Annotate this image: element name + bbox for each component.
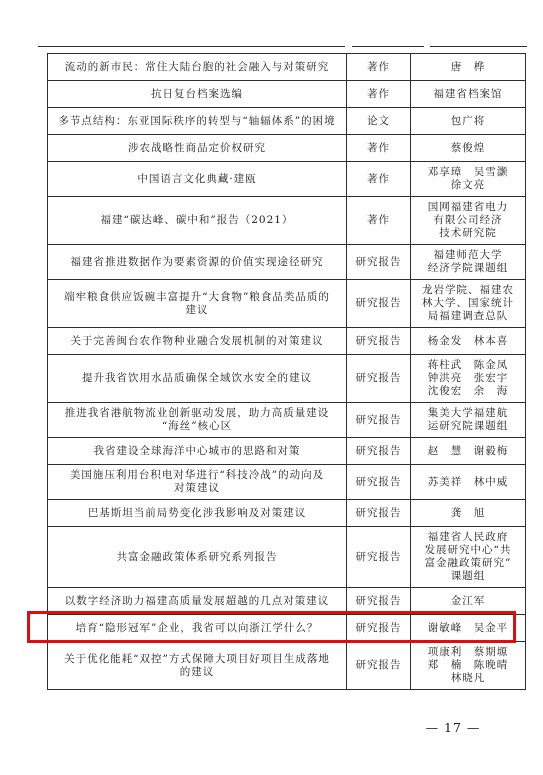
line-segment <box>430 46 527 47</box>
title-cell: 中国语言文化典藏·建瓯 <box>48 162 347 196</box>
authors-cell: 龚 旭 <box>411 500 525 526</box>
type-cell: 研究报告 <box>347 615 411 641</box>
type-cell: 研究报告 <box>347 465 411 499</box>
title-cell: 我省建设全球海洋中心城市的思路和对策 <box>48 438 347 464</box>
title-cell: 流动的新市民：常住大陆台胞的社会融入与对策研究 <box>48 54 347 80</box>
title-cell: 推进我省港航物流业创新驱动发展，助力高质量建设“海丝”核心区 <box>48 403 347 437</box>
table-row: 抗日复台档案选编 著作 福建省档案馆 <box>48 81 525 108</box>
title-cell: 关于优化能耗“双控”方式保障大项目好项目生成落地的建议 <box>48 642 347 689</box>
type-cell: 研究报告 <box>347 438 411 464</box>
type-cell: 著作 <box>347 54 411 80</box>
authors-cell: 集美大学福建航运研究院课题组 <box>411 403 525 437</box>
table-row: 巴基斯坦当前局势变化涉我影响及对策建议 研究报告 龚 旭 <box>48 500 525 527</box>
title-cell: 以数字经济助力福建高质量发展超越的几点对策建议 <box>48 588 347 614</box>
table-row: 以数字经济助力福建高质量发展超越的几点对策建议 研究报告 金江军 <box>48 588 525 615</box>
table-row: 关于优化能耗“双控”方式保障大项目好项目生成落地的建议 研究报告 项康利 蔡期塬… <box>48 642 525 689</box>
table-row: 美国施压利用台积电对华进行“科技冷战”的动向及对策建议 研究报告 苏美祥 林中威 <box>48 465 525 500</box>
table-row: 多节点结构：东亚国际秩序的转型与“轴辐体系”的困境 论文 包广将 <box>48 108 525 135</box>
line-segment <box>38 46 345 47</box>
authors-cell: 唐 桦 <box>411 54 525 80</box>
table-row: 关于完善闽台农作物种业融合发展机制的对策建议 研究报告 杨金发 林本喜 <box>48 328 525 355</box>
authors-cell: 蔡俊煌 <box>411 135 525 161</box>
title-cell: 福建省推进数据作为要素资源的价值实现途径研究 <box>48 245 347 279</box>
title-cell: 多节点结构：东亚国际秩序的转型与“轴辐体系”的困境 <box>48 108 347 134</box>
type-cell: 著作 <box>347 81 411 107</box>
title-cell: 抗日复台档案选编 <box>48 81 347 107</box>
title-cell: 福建“碳达峰、碳中和”报告（2021） <box>48 197 347 244</box>
title-cell: 培育“隐形冠军”企业，我省可以向浙江学什么？ <box>48 615 347 641</box>
title-cell: 共富金融政策体系研究系列报告 <box>48 527 347 587</box>
type-cell: 研究报告 <box>347 328 411 354</box>
table-row: 涉农战略性商品定价权研究 著作 蔡俊煌 <box>48 135 525 162</box>
type-cell: 研究报告 <box>347 642 411 689</box>
title-cell: 巴基斯坦当前局势变化涉我影响及对策建议 <box>48 500 347 526</box>
table-row: 提升我省饮用水品质确保全域饮水安全的建议 研究报告 蒋柱武 陈金凤钟洪亮 张宏宇… <box>48 355 525 403</box>
line-segment <box>352 46 424 47</box>
authors-cell: 邓享璋 吴雪灏徐文亮 <box>411 162 525 196</box>
type-cell: 研究报告 <box>347 527 411 587</box>
table-row: 培育“隐形冠军”企业，我省可以向浙江学什么？ 研究报告 谢敏峰 吴金平 <box>48 615 525 642</box>
authors-cell: 国网福建省电力有限公司经济技术研究院 <box>411 197 525 244</box>
page-number: — 17 — <box>403 720 503 735</box>
type-cell: 论文 <box>347 108 411 134</box>
authors-cell: 蒋柱武 陈金凤钟洪亮 张宏宇沈俊宏 余 海 <box>411 355 525 402</box>
table-row: 福建“碳达峰、碳中和”报告（2021） 著作 国网福建省电力有限公司经济技术研究… <box>48 197 525 245</box>
authors-cell: 杨金发 林本喜 <box>411 328 525 354</box>
table-row: 我省建设全球海洋中心城市的思路和对策 研究报告 赵 慧 谢毅梅 <box>48 438 525 465</box>
title-cell: 美国施压利用台积电对华进行“科技冷战”的动向及对策建议 <box>48 465 347 499</box>
authors-cell: 龙岩学院、福建农林大学、国家统计局福建调查总队 <box>411 280 525 327</box>
title-cell: 涉农战略性商品定价权研究 <box>48 135 347 161</box>
document-page: 流动的新市民：常住大陆台胞的社会融入与对策研究 著作 唐 桦 抗日复台档案选编 … <box>0 0 543 775</box>
table-row: 共富金融政策体系研究系列报告 研究报告 福建省人民政府发展研究中心“共富金融政策… <box>48 527 525 588</box>
type-cell: 研究报告 <box>347 500 411 526</box>
works-table-body: 流动的新市民：常住大陆台胞的社会融入与对策研究 著作 唐 桦 抗日复台档案选编 … <box>48 54 525 689</box>
authors-cell: 福建省档案馆 <box>411 81 525 107</box>
table-row: 端牢粮食供应饭碗丰富提升“大食物”粮食品类品质的建议 研究报告 龙岩学院、福建农… <box>48 280 525 328</box>
authors-cell: 福建师范大学经济学院课题组 <box>411 245 525 279</box>
type-cell: 研究报告 <box>347 280 411 327</box>
type-cell: 研究报告 <box>347 588 411 614</box>
works-table: 流动的新市民：常住大陆台胞的社会融入与对策研究 著作 唐 桦 抗日复台档案选编 … <box>47 53 526 690</box>
table-row: 推进我省港航物流业创新驱动发展，助力高质量建设“海丝”核心区 研究报告 集美大学… <box>48 403 525 438</box>
table-row: 中国语言文化典藏·建瓯 著作 邓享璋 吴雪灏徐文亮 <box>48 162 525 197</box>
authors-cell: 包广将 <box>411 108 525 134</box>
table-continuation-line <box>38 46 527 47</box>
authors-cell: 苏美祥 林中威 <box>411 465 525 499</box>
type-cell: 研究报告 <box>347 245 411 279</box>
table-row: 流动的新市民：常住大陆台胞的社会融入与对策研究 著作 唐 桦 <box>48 54 525 81</box>
authors-cell: 项康利 蔡期塬郑 楠 陈晚晴林晓凡 <box>411 642 525 689</box>
type-cell: 著作 <box>347 197 411 244</box>
title-cell: 关于完善闽台农作物种业融合发展机制的对策建议 <box>48 328 347 354</box>
authors-cell: 福建省人民政府发展研究中心“共富金融政策研究”课题组 <box>411 527 525 587</box>
table-row: 福建省推进数据作为要素资源的价值实现途径研究 研究报告 福建师范大学经济学院课题… <box>48 245 525 280</box>
title-cell: 提升我省饮用水品质确保全域饮水安全的建议 <box>48 355 347 402</box>
type-cell: 研究报告 <box>347 403 411 437</box>
type-cell: 著作 <box>347 135 411 161</box>
authors-cell: 金江军 <box>411 588 525 614</box>
type-cell: 研究报告 <box>347 355 411 402</box>
type-cell: 著作 <box>347 162 411 196</box>
title-cell: 端牢粮食供应饭碗丰富提升“大食物”粮食品类品质的建议 <box>48 280 347 327</box>
authors-cell: 谢敏峰 吴金平 <box>411 615 525 641</box>
authors-cell: 赵 慧 谢毅梅 <box>411 438 525 464</box>
